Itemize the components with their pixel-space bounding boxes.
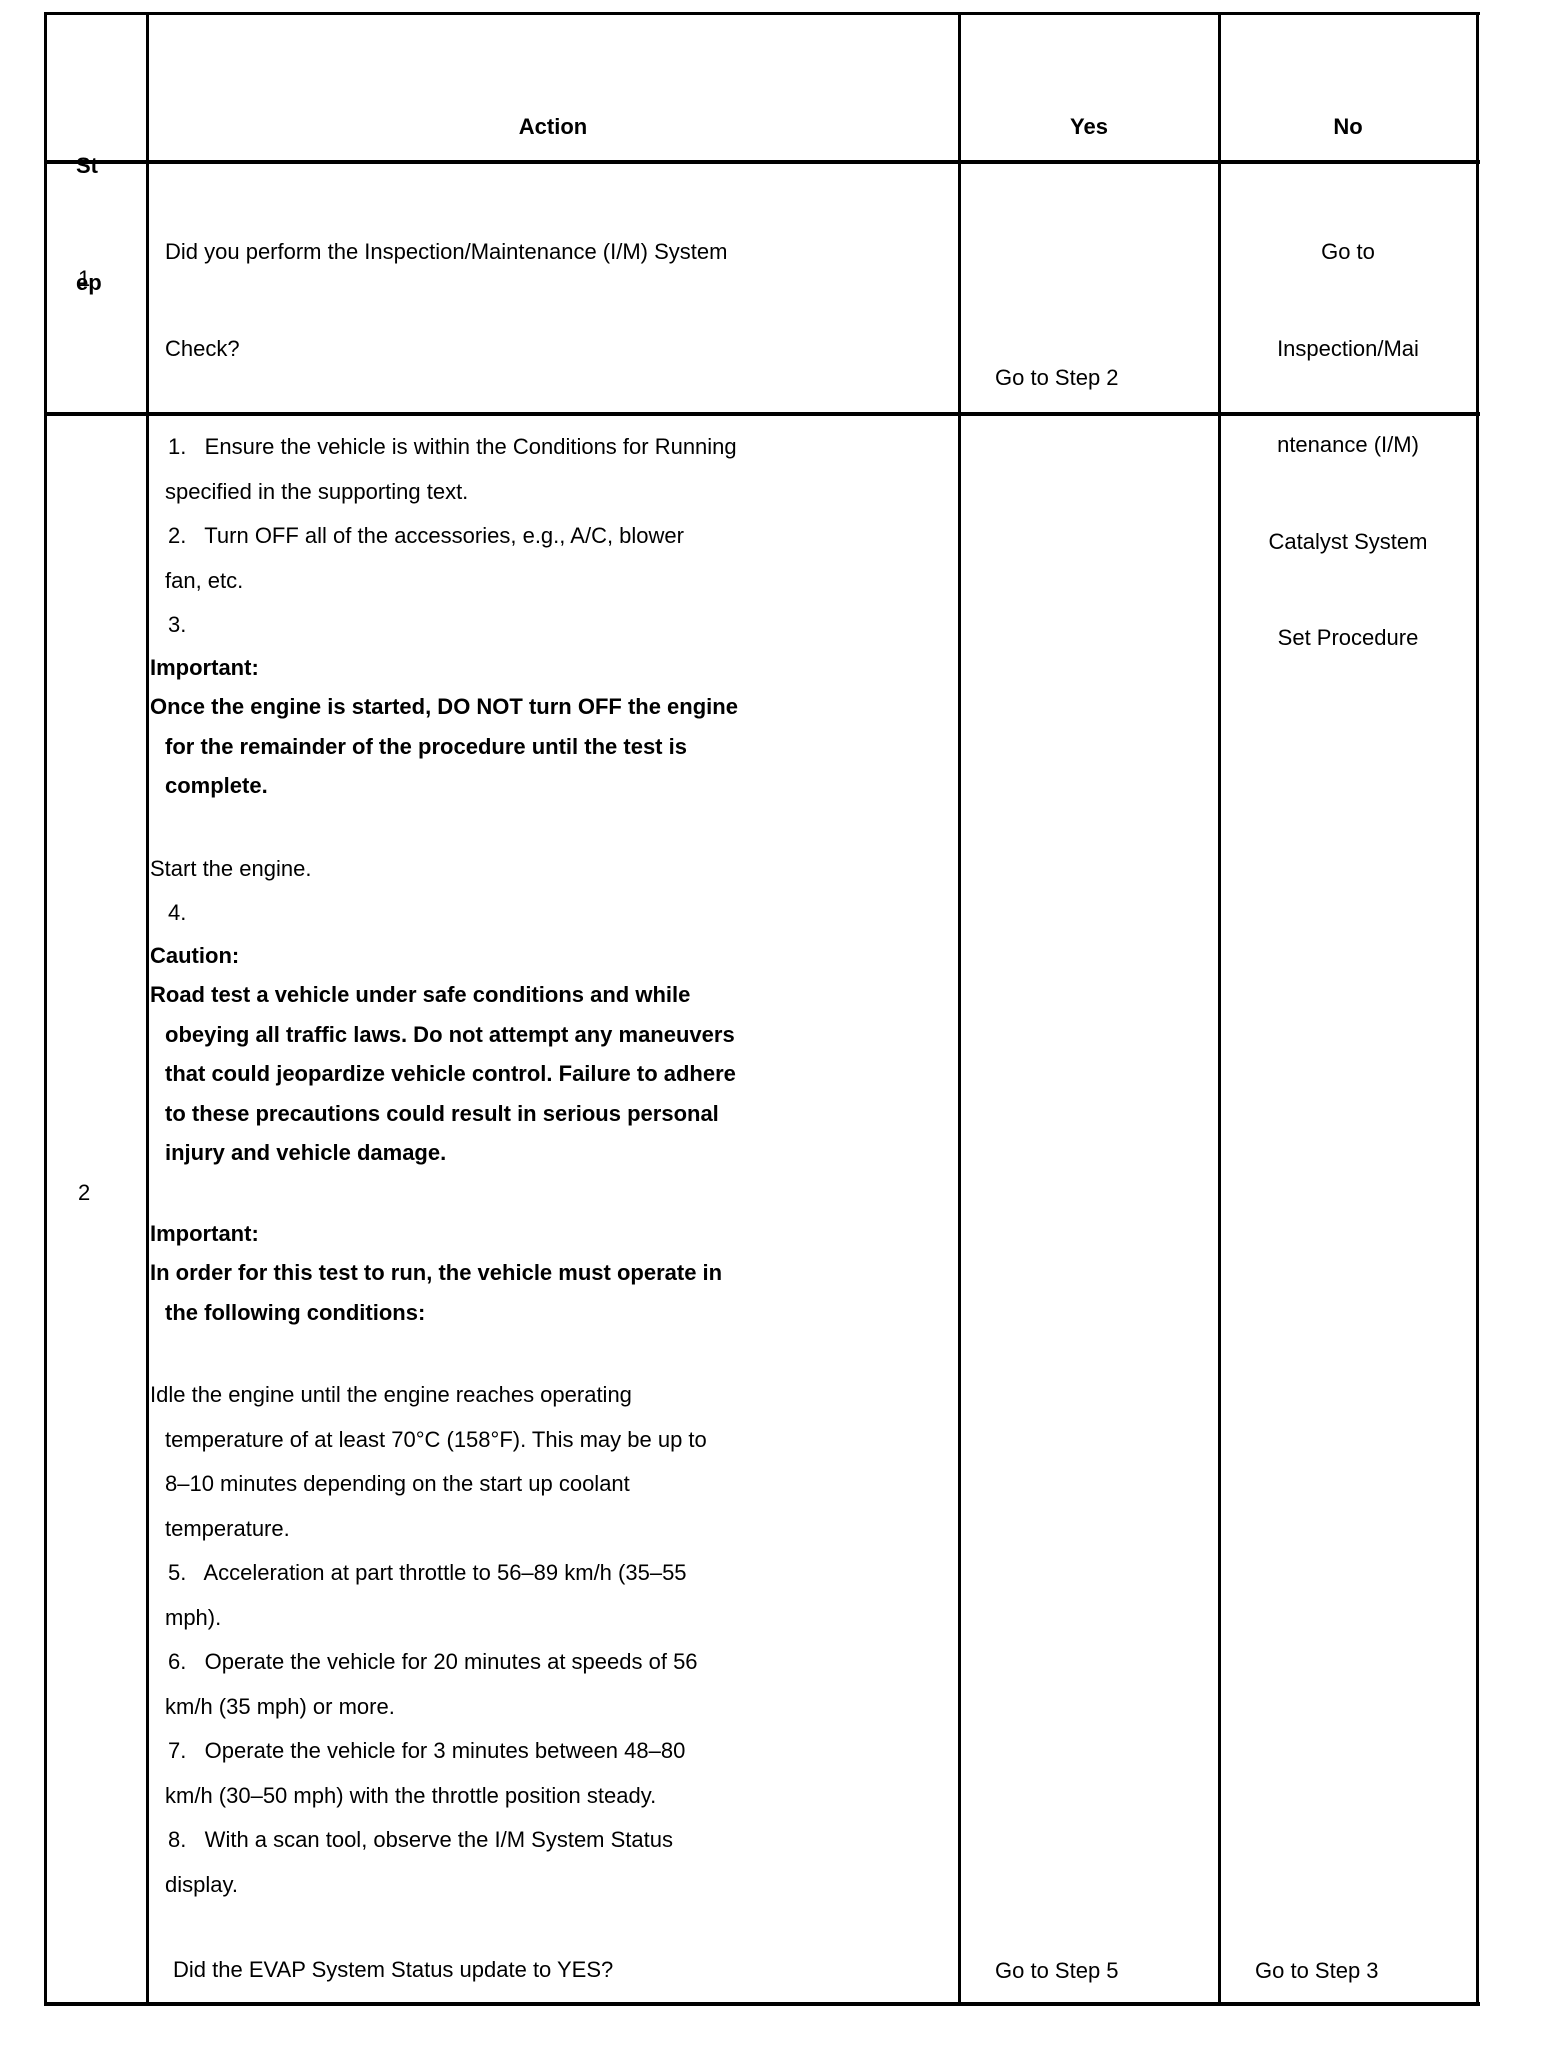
action-cell: 1. Ensure the vehicle is within the Cond… <box>150 425 950 1993</box>
no-line: Go to <box>1220 230 1476 275</box>
no-cell-link[interactable]: Go to Step 3 <box>1255 1949 1379 1994</box>
action-line: obeying all traffic laws. Do not attempt… <box>150 1015 950 1055</box>
action-line: Did you perform the Inspection/Maintenan… <box>165 230 727 275</box>
header-bottom-border <box>44 160 1480 164</box>
action-line: mph). <box>150 1596 950 1641</box>
table-left-border <box>44 12 47 2006</box>
action-line: 8–10 minutes depending on the start up c… <box>150 1462 950 1507</box>
blank-line <box>150 806 950 847</box>
action-line: the following conditions: <box>150 1293 950 1333</box>
step-number: 1 <box>78 266 90 292</box>
action-column-divider <box>958 12 961 2006</box>
action-line: to these precautions could result in ser… <box>150 1094 950 1134</box>
blank-line <box>150 1907 950 1948</box>
header-step: St ep <box>76 68 113 380</box>
action-line: Road test a vehicle under safe condition… <box>150 975 950 1015</box>
action-line: injury and vehicle damage. <box>150 1133 950 1173</box>
no-line: Set Procedure <box>1220 616 1476 661</box>
action-line: km/h (35 mph) or more. <box>150 1685 950 1730</box>
yes-cell-link[interactable]: Go to Step 2 <box>995 356 1119 401</box>
step-column-divider <box>146 12 149 2006</box>
action-line: 8. With a scan tool, observe the I/M Sys… <box>150 1818 950 1863</box>
step-number: 2 <box>78 1180 90 1206</box>
action-line: that could jeopardize vehicle control. F… <box>150 1054 950 1094</box>
no-line: Inspection/Mai <box>1220 327 1476 372</box>
action-line: 1. Ensure the vehicle is within the Cond… <box>150 425 950 470</box>
yes-cell-link[interactable]: Go to Step 5 <box>995 1949 1119 1994</box>
table-top-border <box>44 12 1480 15</box>
action-line: Important: <box>150 1214 950 1254</box>
action-line: Caution: <box>150 936 950 976</box>
action-line: 3. <box>150 603 950 648</box>
action-line: specified in the supporting text. <box>150 470 950 515</box>
blank-line <box>150 1173 950 1214</box>
action-line: 4. <box>150 891 950 936</box>
action-line: In order for this test to run, the vehic… <box>150 1253 950 1293</box>
action-line: temperature. <box>150 1507 950 1552</box>
action-line: Start the engine. <box>150 847 950 892</box>
header-no: No <box>1220 107 1476 146</box>
action-line: fan, etc. <box>150 559 950 604</box>
table-right-border <box>1476 12 1479 2006</box>
action-line: Important: <box>150 648 950 688</box>
action-line: display. <box>150 1863 950 1908</box>
action-line: for the remainder of the procedure until… <box>150 727 950 767</box>
no-cell-link[interactable]: Go to Inspection/Mai ntenance (I/M) Cata… <box>1220 178 1476 713</box>
header-yes: Yes <box>960 107 1218 146</box>
action-line: 2. Turn OFF all of the accessories, e.g.… <box>150 514 950 559</box>
action-line: Idle the engine until the engine reaches… <box>150 1373 950 1418</box>
no-line: Catalyst System <box>1220 520 1476 565</box>
action-line: km/h (30–50 mph) with the throttle posit… <box>150 1774 950 1819</box>
action-line: complete. <box>150 766 950 806</box>
action-line: 5. Acceleration at part throttle to 56–8… <box>150 1551 950 1596</box>
header-action: Action <box>148 107 958 146</box>
action-line: Check? <box>165 327 727 372</box>
blank-line <box>150 1332 950 1373</box>
no-line: ntenance (I/M) <box>1220 423 1476 468</box>
action-line: 7. Operate the vehicle for 3 minutes bet… <box>150 1729 950 1774</box>
action-line: Once the engine is started, DO NOT turn … <box>150 687 950 727</box>
action-line: Did the EVAP System Status update to YES… <box>150 1948 950 1993</box>
header-step-line-1: St <box>76 146 113 185</box>
action-line: temperature of at least 70°C (158°F). Th… <box>150 1418 950 1463</box>
action-line: 6. Operate the vehicle for 20 minutes at… <box>150 1640 950 1685</box>
action-cell: Did you perform the Inspection/Maintenan… <box>165 178 727 423</box>
table-bottom-border <box>44 2002 1480 2006</box>
